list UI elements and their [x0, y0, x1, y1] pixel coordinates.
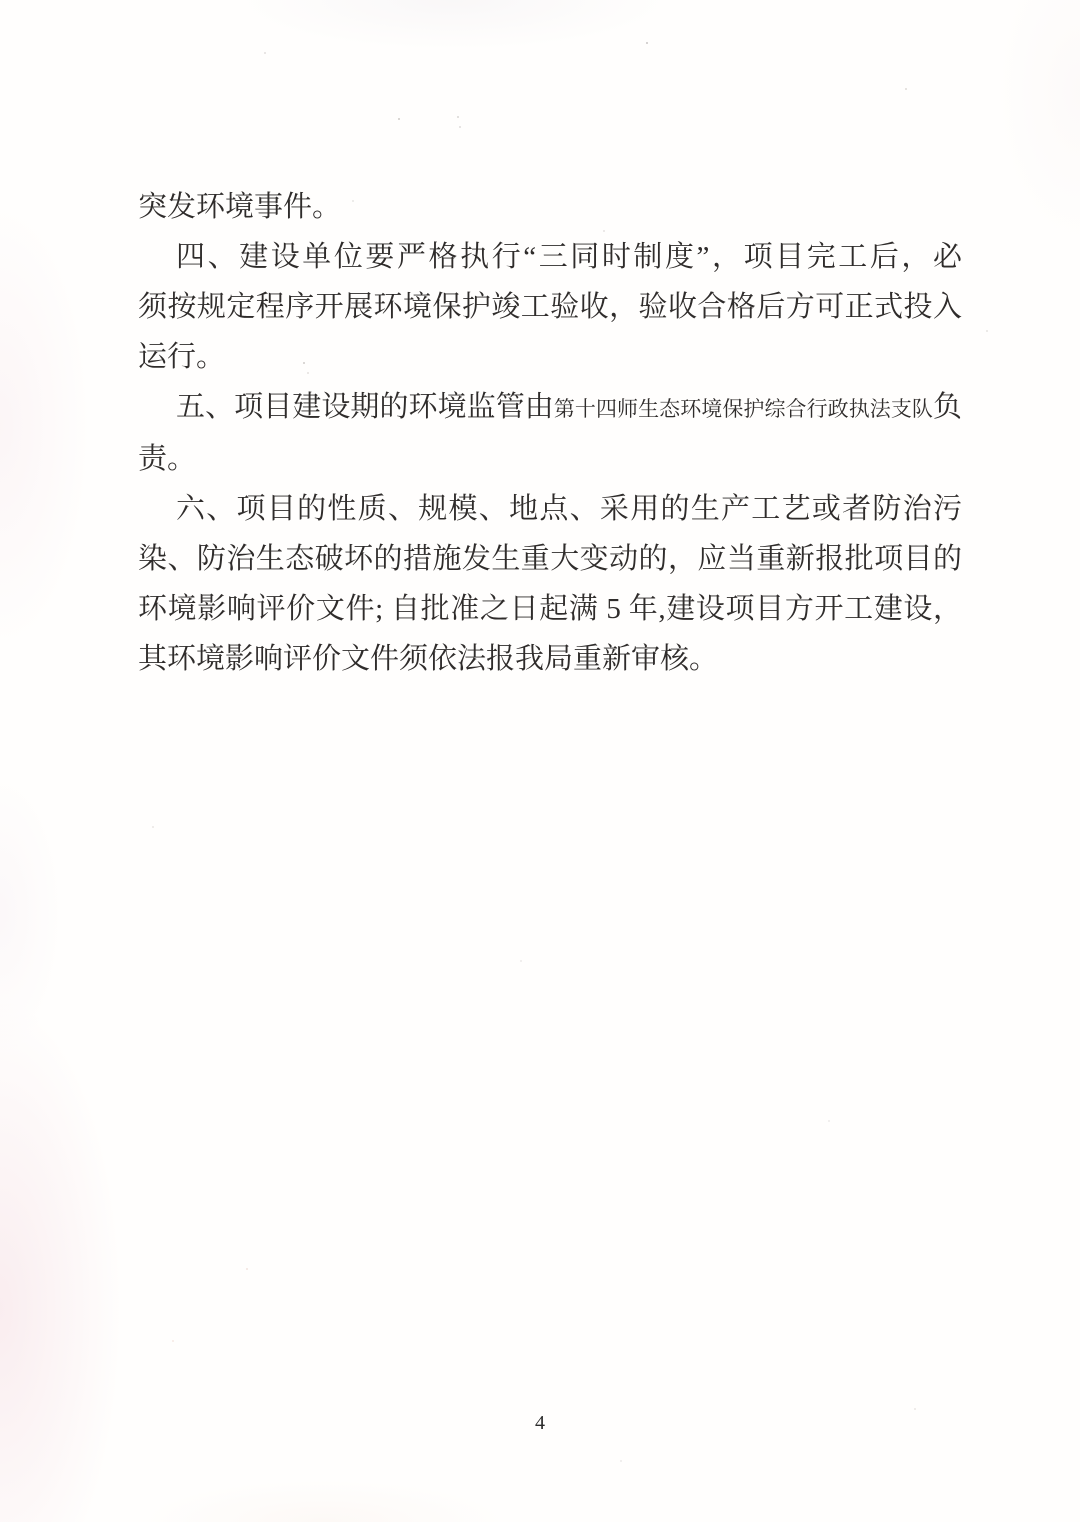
scanned-document-page: 突发环境事件。四、建设单位要严格执行“三同时制度”，项目完工后，必须按规定程序开…	[0, 0, 1080, 1522]
inline-small-text: 第十四师生态环境保护综合行政执法支队	[554, 397, 933, 421]
inline-text: 责。	[138, 443, 196, 475]
text-line: 环境影响评价文件; 自批准之日起满 5 年,建设项目方开工建设，	[138, 584, 962, 634]
inline-text: 环境影响评价文件; 自批准之日起满 5 年,建设项目方开工建设，	[138, 593, 962, 625]
page-number: 4	[0, 1412, 1080, 1435]
text-line: 其环境影响评价文件须依法报我局重新审核。	[138, 634, 962, 684]
text-line: 六、项目的性质、规模、地点、采用的生产工艺或者防治污	[138, 484, 962, 534]
inline-text: 突发环境事件。	[138, 191, 341, 223]
document-body: 突发环境事件。四、建设单位要严格执行“三同时制度”，项目完工后，必须按规定程序开…	[138, 182, 962, 684]
inline-text: 负	[933, 391, 962, 423]
scan-speckles	[0, 0, 2, 2]
text-line: 运行。	[138, 332, 962, 382]
text-line: 责。	[138, 434, 962, 484]
inline-text: 染、防治生态破坏的措施发生重大变动的，应当重新报批项目的	[138, 543, 962, 575]
text-line: 四、建设单位要严格执行“三同时制度”，项目完工后，必	[138, 232, 962, 282]
text-line: 须按规定程序开展环境保护竣工验收，验收合格后方可正式投入	[138, 282, 962, 332]
inline-text: 六、项目的性质、规模、地点、采用的生产工艺或者防治污	[176, 493, 962, 525]
inline-text: 四、建设单位要严格执行“三同时制度”，项目完工后，必	[176, 241, 962, 273]
inline-text: 其环境影响评价文件须依法报我局重新审核。	[138, 643, 718, 675]
text-line: 染、防治生态破坏的措施发生重大变动的，应当重新报批项目的	[138, 534, 962, 584]
text-line: 五、项目建设期的环境监管由第十四师生态环境保护综合行政执法支队负	[138, 382, 962, 434]
inline-text: 五、项目建设期的环境监管由	[176, 391, 554, 423]
inline-text: 运行。	[138, 341, 225, 373]
inline-text: 须按规定程序开展环境保护竣工验收，验收合格后方可正式投入	[138, 291, 962, 323]
text-line: 突发环境事件。	[138, 182, 962, 232]
